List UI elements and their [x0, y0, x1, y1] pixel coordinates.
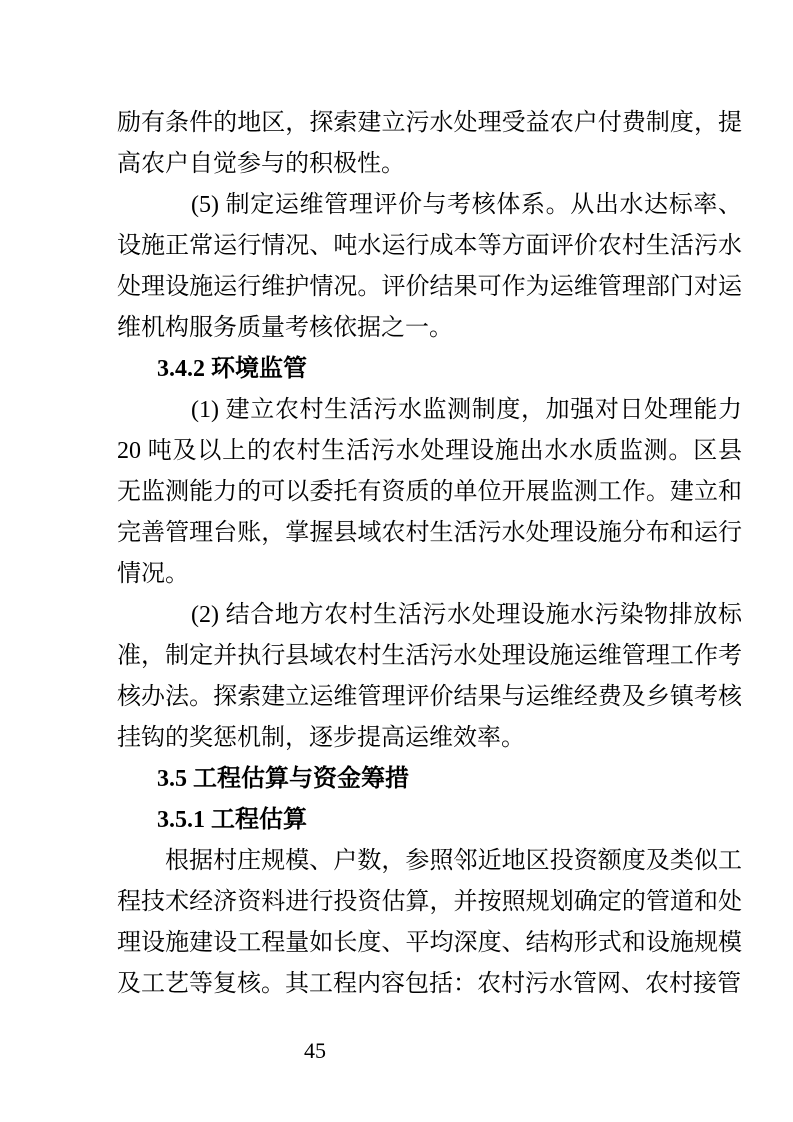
heading-3-4-2-environment-supervision: 3.4.2 环境监管	[117, 349, 742, 390]
paragraph-continuation: 励有条件的地区，探索建立污水处理受益农户付费制度，提高农户自觉参与的积极性。	[117, 103, 742, 185]
paragraph-item-5: (5) 制定运维管理评价与考核体系。从出水达标率、设施正常运行情况、吨水运行成本…	[117, 185, 742, 349]
document-text-column: 励有条件的地区，探索建立污水处理受益农户付费制度，提高农户自觉参与的积极性。 (…	[117, 103, 742, 1005]
paragraph-project-estimate: 根据村庄规模、户数，参照邻近地区投资额度及类似工程技术经济资料进行投资估算，并按…	[117, 841, 742, 1005]
paragraph-item-1: (1) 建立农村生活污水监测制度，加强对日处理能力 20 吨及以上的农村生活污水…	[117, 390, 742, 595]
heading-3-5-project-estimate-and-funding: 3.5 工程估算与资金筹措	[117, 759, 742, 800]
paragraph-item-2: (2) 结合地方农村生活污水处理设施水污染物排放标准，制定并执行县域农村生活污水…	[117, 595, 742, 759]
document-page: 励有条件的地区，探索建立污水处理受益农户付费制度，提高农户自觉参与的积极性。 (…	[0, 0, 793, 1122]
heading-3-5-1-project-estimate: 3.5.1 工程估算	[117, 800, 742, 841]
page-number: 45	[295, 1040, 335, 1062]
